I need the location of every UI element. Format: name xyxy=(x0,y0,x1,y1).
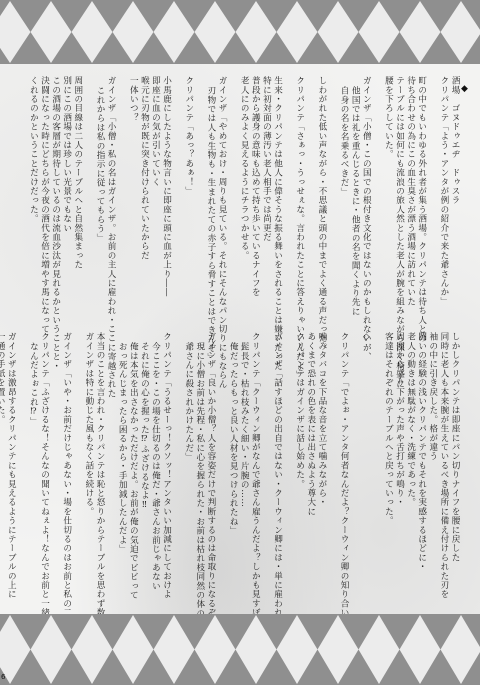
diamond-pattern-icon xyxy=(0,614,480,685)
text-line: 周囲から盛り下がった声や舌打ちが鳴り・ xyxy=(393,332,404,612)
text-line: なんだよぉこれ⁉」 xyxy=(27,332,38,612)
page-number: 6 xyxy=(1,673,5,681)
text-line: クリパンテ「さぁっ・うっせぇな。言われたことに答えりゃいいんだよ」 xyxy=(294,76,305,314)
text-line: ガインザ「小僧・私の名はガインザ。お前の主人に雇われ・ここに寄越された xyxy=(105,76,116,314)
text-line: 他国では礼を重んじるときに・他者の名を聞くより先に xyxy=(349,76,360,314)
diamond-pattern-icon xyxy=(0,0,480,64)
text-line: ガインザ「話すほどの出自ではない・クーウィン卿には・単に雇われたに過ぎん」 xyxy=(271,332,282,612)
text-line: クリパンテ「あっ？あぁ！」 xyxy=(183,76,194,314)
text-line: クリパンテ「うるせーっ！クソッ！アンタいい加減にしておけよ xyxy=(160,332,171,612)
text-line: 決闘になった時にどちらが今夜の酒代を倍に増やす馬になって xyxy=(38,76,49,314)
section-bullet-icon: ◆ xyxy=(461,84,468,94)
text-line: 生来・クリパンテは他人に偉そうな振る舞いをされることは嫌いだった xyxy=(271,76,282,314)
text-line: 今ここを・この場を仕切るのは俺だ・爺さんお前じゃあない xyxy=(149,332,160,612)
text-line: これからは私の指示に従ってもらう」 xyxy=(94,76,105,314)
text-line: しわがれた低い声ながら・不思議と頭の中までよく通る声だった。 xyxy=(316,76,327,314)
text-line: くれるのかということだけだった。 xyxy=(27,76,38,314)
harlequin-border-top xyxy=(0,0,480,64)
text-line: 袖の中に引き戻した。格が違う xyxy=(427,332,438,612)
text-line: ガインザは特に動じた風もなく話を続ける。 xyxy=(83,332,94,612)
text-line: この酒場の客層が期待しているのは流血沙汰が見れるかということと・ xyxy=(50,76,61,314)
text-line: 俺は本気を出さなかっただけだよ。お前が俺の気迫でビビって xyxy=(127,332,138,612)
text-line: 腰を下ろしていた。 xyxy=(382,76,393,314)
text-line: 普段から護身の意味も込めて持ち歩いているナイフを xyxy=(249,76,260,314)
text-line: 喉元に刃物が既に突き付けられていたからだ xyxy=(138,76,149,314)
text-line: 一体いつ？ xyxy=(127,76,138,314)
text-line: ガインザ「良いか小僧？人を容姿だけで判断するのは命取りになるぞ。 xyxy=(205,332,216,612)
text-line: 町の中でもいわゆる外れ者が集う酒場。クリパンテは待ち人との xyxy=(416,76,427,314)
text-line: 老人の動きは無駄がなく・洗練であった。 xyxy=(405,332,416,612)
text-line: クリパンテはガインザに話し始めた。 xyxy=(294,332,305,612)
story-section-bottom: しかしクリパンテは即座にパン切りナイフを腰に戻した同時に老人も本来腕が生えている… xyxy=(5,332,460,612)
text-line: 同時に老人も本来腕が生えているべき場所に備え付けられた刃を xyxy=(438,332,449,612)
text-line: 別にこの酒場では珍しい光景でもない xyxy=(61,76,72,314)
scene-break-icon: ◇ xyxy=(360,332,371,612)
text-line: 闘いの経験の浅いクリパンテでもそれを実感するほどに・ xyxy=(416,332,427,612)
text-line: 俺だったらもっと良い人材を見つけられたね」 xyxy=(227,332,238,612)
text-line: 特に初対面の薄汚い老人相手では尚更だ xyxy=(260,76,271,314)
text-line: クリパンテ「ふざけるな！そんなの聞いてねぇよ！なんでお前と一緒に…… xyxy=(38,332,49,612)
text-line: 自身の名を名乗るべきだ」 xyxy=(338,76,349,314)
text-line: クリパンテ「クーウィン卿がなんで爺さん雇うんだよ？しかも見すぼらしくて・ xyxy=(249,332,260,612)
text-line: それに俺の心を握った⁉ふざけるなよ‼ xyxy=(138,332,149,612)
text-line: クリパンテ「よう・アンタが例の紹介で来た爺さんか」 xyxy=(438,76,449,314)
text-line: 爺さんに殺されかけたんだ」 xyxy=(183,332,194,612)
text-line: 髭長で・枯れ枝みたく細い・片腕の…… xyxy=(238,332,249,612)
text-line: クリパンテ「でよぉ・アンタ何者なんだよ？クーウィン卿の知り合いか？」 xyxy=(338,332,349,612)
text-line: 即座に血の気が引いていく xyxy=(149,76,160,314)
text-line: 老人にのみよく見えるようにチラつかせる。 xyxy=(238,76,249,314)
text-line: 刃物では人も生物も・生まれたての赤子すら脅すことはできんぞ」 xyxy=(205,76,216,314)
text-line: おっ死んじまったら困るから・手加減したんだよ」 xyxy=(116,332,127,612)
text-line: 噛みタバコを下品な音を立て噛みながら・ xyxy=(316,332,327,612)
text-line: しかしクリパンテは即座にパン切りナイフを腰に戻した xyxy=(449,332,460,612)
text-line: ガインザ「やめておけ・周りも見ている。それにそんなパン切りにもならん xyxy=(216,76,227,314)
text-line: 現に小僧お前は先程・私に心を握られた・お前は枯れ枝同然の体の xyxy=(194,332,205,612)
text-line: 待ち合わせの為にこの血生臭さが漂う酒場に訪れていた xyxy=(405,76,416,314)
text-line: ガインザ「いや・お前だけじゃあない・場を仕切るのはお前と私の二人だ」 xyxy=(61,332,72,612)
text-line: 小馬鹿にしたような物言いに即座に頭に血が上り―― xyxy=(160,76,171,314)
text-line: 本当のことを言われ・クリパンテは恥と怒りからテーブルを思わず数回叩きつけた xyxy=(94,332,105,612)
text-line: 客達はそれぞれのテーブルへと戻っていった。 xyxy=(382,332,393,612)
text-line: 周囲の目線は二人のテーブルへと自然集まった xyxy=(72,76,83,314)
story-section-top: 酒場 ゴヌドゥエヂ ドゥスラクリパンテ「よう・アンタが例の紹介で来た爺さんか」町… xyxy=(5,76,460,314)
text-line: ガインザは激昂するクリパンテにも見えるようにテーブルの上に xyxy=(5,332,16,612)
text-line: ガインザ「小僧・この国での根付き文化ではないのかもしれないが、 xyxy=(360,76,371,314)
text-line: テーブルには如何にも流浪の旅人然とした老人が腕を組みながら深く椅子に xyxy=(393,76,404,314)
scene-title: 酒場 ゴヌドゥエヂ ドゥスラ xyxy=(449,76,460,314)
harlequin-border-bottom xyxy=(0,614,480,685)
text-line: あくまで恐れの色を表には出さぬよう尊大に xyxy=(305,332,316,612)
